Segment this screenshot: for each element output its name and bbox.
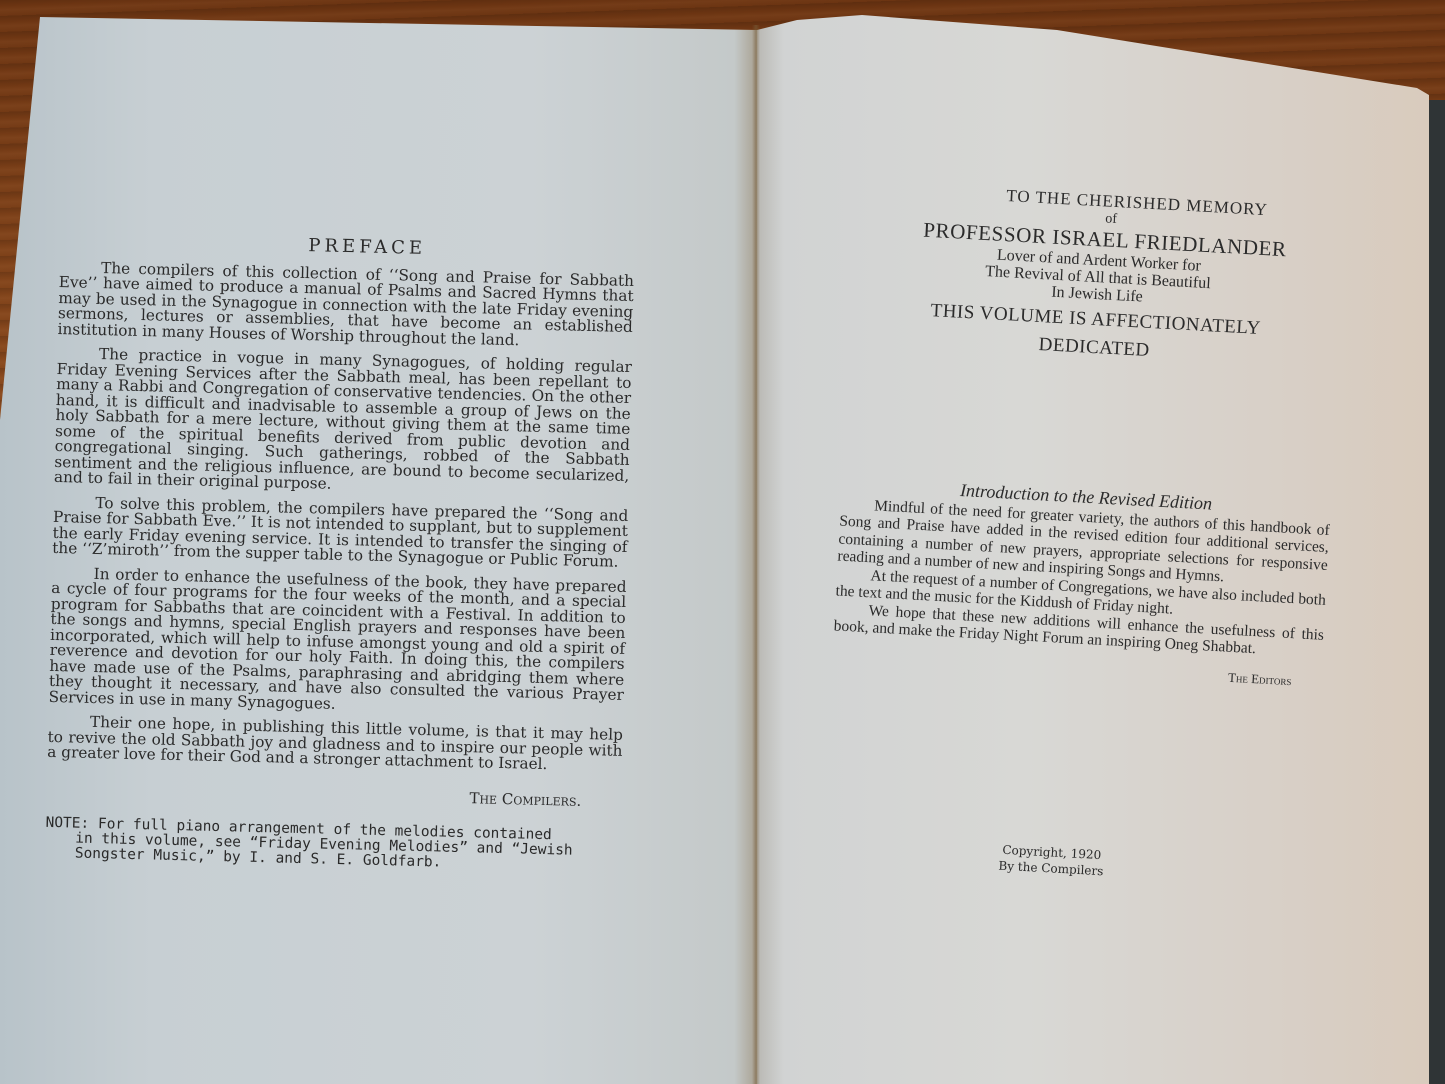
revised-edition-introduction: Introduction to the Revised Edition Mind… <box>832 476 1332 691</box>
preface-paragraph: The practice in vogue in many Synagogues… <box>54 346 632 500</box>
preface-paragraph: To solve this problem, the compilers hav… <box>52 494 628 570</box>
preface-paragraph: Their one hope, in publishing this littl… <box>47 714 623 775</box>
dedication: TO THE CHERISHED MEMORY of PROFESSOR ISR… <box>849 178 1347 372</box>
preface-paragraph: The compilers of this collection of ‘‘So… <box>57 259 634 351</box>
book-gutter <box>752 25 760 1084</box>
dedication-page-content: TO THE CHERISHED MEMORY of PROFESSOR ISR… <box>821 178 1347 890</box>
preface-section: PREFACE The compilers of this collection… <box>45 232 635 875</box>
note-label: NOTE: <box>45 815 89 832</box>
compilers-signature: The Compilers. <box>46 780 581 809</box>
preface-paragraph: In order to enhance the usefulness of th… <box>48 565 626 719</box>
